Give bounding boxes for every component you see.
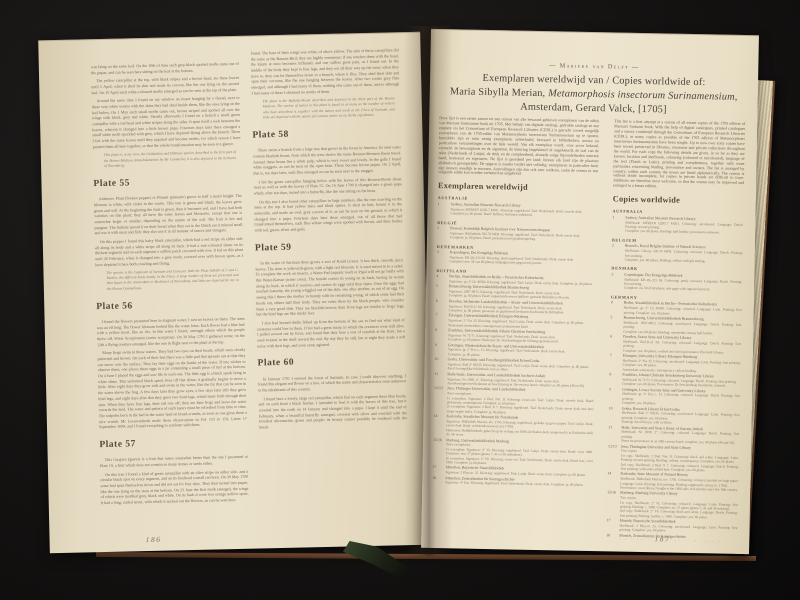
entry-number: 11 — [434, 372, 444, 386]
census-entry: 7Erlangen, University Library Erlangen-N… — [609, 353, 740, 374]
census-intro: This list is a first attempt at a census… — [613, 119, 745, 191]
entry-number: 9 — [435, 343, 445, 357]
plate-heading: Plate 58 — [252, 126, 400, 143]
essay-title: Exemplaren wereldwijd van / Copies world… — [437, 71, 750, 118]
commentary-paragraph: In the water of Surinam there grows a so… — [255, 257, 404, 317]
entry-body: Kopenhagen, Det Kongelige BibliotekSigna… — [450, 250, 597, 266]
byline-dash-right: — — [632, 64, 640, 71]
census-intro: Deze lijst is een eerste aanzet tot een … — [438, 116, 599, 178]
entry-body: Göttingen, Lower Saxony State and Univer… — [622, 387, 740, 407]
book-bottom-edge — [96, 552, 756, 561]
census-section-heading: Exemplaren wereldwijd — [438, 182, 598, 194]
essay-title-work: Metamorphosis insectorum Surinamensium — [548, 88, 735, 103]
left-page: was lying on the same leaf. On the 10th … — [38, 32, 432, 554]
entry-body: Halle, University and State Library of S… — [621, 425, 739, 445]
census-entry: 18München, Zentralinstitut für Kunstgesc… — [432, 476, 592, 488]
census-entry: 9Göttingen, Lower Saxony State and Unive… — [609, 387, 740, 408]
commentary-paragraph: I also had horned shells fished up from … — [257, 317, 406, 349]
census-entry: 10Gotha, Research Library Erfurt/GothaSh… — [608, 406, 739, 427]
plate-heading: Plate 55 — [93, 175, 241, 192]
entry-body: Brussels, Royal Belgian Institute of Nat… — [625, 244, 743, 264]
commentary-paragraph: Around the same time I found on my windo… — [92, 95, 241, 149]
entry-body: Frankfurt, Universitätsbibliothek Johann… — [448, 328, 595, 344]
entry-body: Gotha, Universitäts- und Forschungsbibli… — [447, 357, 594, 373]
open-book: was lying on the same leaf. On the 10th … — [38, 22, 762, 570]
entry-number: 1 — [437, 202, 447, 216]
entry-body: Frankfurt, Johann Christian Senckenberg … — [622, 373, 740, 389]
entry-body: Sydney, Australian Museum Research Libra… — [625, 216, 743, 236]
entry-number: 4 — [611, 301, 621, 315]
entry-body: Copenhagen, Det Kongelige BibliotekShelf… — [624, 273, 742, 293]
entry-body: Dresden, Sächsische Landesbibliothek – S… — [449, 299, 596, 315]
ribbon-bookmark — [343, 541, 409, 577]
entry-body: Sydney, Australian Museum Research Libra… — [450, 202, 597, 218]
commentary-paragraph: I fed the green caterpillar hanging belo… — [253, 176, 401, 196]
entry-body: Berlin, Staatsbibliothek zu Berlin – Pre… — [624, 301, 742, 317]
entry-number: 2 — [612, 244, 622, 262]
plate-heading: Plate 60 — [257, 354, 405, 371]
commentary-paragraph: found. The base of their wings was white… — [251, 47, 400, 96]
entry-number: 2 — [437, 226, 447, 240]
entry-number: 11 — [608, 425, 618, 443]
commentary-paragraph: In January 1701 I entered the forest of … — [258, 373, 406, 393]
entry-number: 9 — [609, 387, 619, 405]
commentary-paragraph: I found the flowers presented here in st… — [97, 316, 246, 348]
entry-number: 3 — [611, 272, 621, 290]
entry-number: 12/13 — [608, 444, 619, 471]
entry-number: 6 — [436, 299, 446, 313]
entry-number: 10 — [434, 357, 444, 371]
census-entry: 14Karlsruhe, State Museum of Natural His… — [607, 472, 738, 493]
commentary-paragraph: This Guajave (guava) is a fruit that tas… — [100, 454, 248, 469]
commentary-paragraph: There stems a branch from a large tree t… — [253, 144, 402, 176]
entry-number: 1 — [612, 215, 622, 233]
entry-detail: Complete: no, 58 of 60 plates; title pag… — [624, 286, 742, 293]
commentary-note: The species is the Capsicum of Surinam a… — [106, 268, 238, 291]
entry-body: Jena, Thüringer Universitäts- und Landes… — [447, 387, 594, 417]
commentary-note: The plant is the Bakkelje-Boom described… — [263, 97, 395, 120]
photo-background: was lying on the same leaf. On the 10th … — [0, 0, 800, 600]
census-entry: 15/16Marburg, Universitätsbibliothek Mar… — [433, 438, 593, 468]
census-entry: 15/16Marburg, Marburg University Library… — [607, 491, 738, 520]
plate-heading: Plate 59 — [255, 239, 403, 256]
entry-number: 8 — [609, 372, 619, 386]
plate-heading: Plate 56 — [96, 297, 244, 314]
entry-body: Gotha, Research Library Erfurt/GothaShel… — [621, 406, 739, 426]
entry-number: 7 — [435, 314, 445, 328]
entry-number: 15/16 — [433, 438, 444, 465]
census-entry: 6Dresden, Saxon State and University Lib… — [610, 334, 741, 355]
entry-body: Karlsruhe, State Museum of Natural Histo… — [620, 472, 738, 492]
entry-number: 5 — [436, 284, 446, 298]
entry-body: München, Zentralinstitut für Kunstgeschi… — [445, 476, 592, 488]
entry-body: Halle/Saale, Universitäts- und Landesbib… — [447, 372, 594, 388]
byline-text: Marieke van Delft — [560, 62, 629, 70]
census-column-english: This list is a first attempt at a census… — [606, 119, 745, 541]
census-entry: 5Braunschweig, Universitätsbibliothek Br… — [610, 315, 741, 336]
entry-body: Munich, Bayerische StaatsbibliothekShelf… — [619, 519, 737, 535]
commentary-paragraph: was lying on the same leaf. On the 10th … — [91, 61, 239, 76]
commentary-paragraph: I found here a lovely, large red caterpi… — [258, 393, 407, 430]
entry-number: 17 — [606, 519, 616, 533]
entry-number: 14 — [433, 414, 443, 437]
commentary-paragraph: On this tree I also found other caterpil… — [254, 196, 403, 233]
entry-number: 3 — [437, 250, 447, 264]
right-page: — Marieke van Delft — Exemplaren wereldw… — [421, 29, 759, 554]
entry-body: Göttingen, Niedersächsische Staats- und … — [448, 343, 595, 359]
entry-body: Brussel, Koninklijk Belgisch Instituut v… — [450, 226, 597, 242]
entry-number: 6 — [610, 334, 620, 352]
page-number-right: 187 — [627, 534, 697, 544]
entry-number: 8 — [435, 328, 445, 342]
entry-number: 7 — [609, 353, 619, 371]
entry-body: Braunschweig, Universitätsbibliothek Bra… — [623, 316, 741, 336]
left-page-column-2: found. The base of their wings was white… — [251, 47, 410, 530]
commentary-paragraph: Many frogs swim in these waters. They ha… — [97, 347, 247, 430]
census-column-dutch: Deze lijst is een eerste aanzet tot een … — [431, 116, 599, 539]
commentary-paragraph: On this pepper I found this hairy black … — [95, 236, 244, 268]
entry-body: Dresden, Saxon State and University Libr… — [623, 335, 741, 355]
entry-body: Erlangen, Universitätsbibliothek Erlange… — [448, 314, 595, 330]
entry-body: Marburg, Marburg University LibraryTwo c… — [620, 491, 738, 520]
entry-number: 4 — [436, 274, 446, 283]
census-entry: 17Munich, Bayerische StaatsbibliothekShe… — [606, 519, 737, 535]
commentary-paragraph: Anbesoro Plant (broken pepper) or Piment… — [94, 193, 243, 236]
entry-number: 5 — [610, 315, 620, 333]
entry-number: 15/16 — [607, 491, 618, 518]
entry-number: 14 — [607, 472, 617, 490]
entry-body: Erlangen, University Library Erlangen-Nü… — [622, 354, 740, 374]
left-page-column-1: was lying on the same leaf. On the 10th … — [91, 61, 250, 534]
census-entry: 12/13Jena, Thüringer Universitäts- und L… — [434, 386, 594, 416]
entry-number: 18 — [606, 533, 616, 542]
commentary-note: This plant is, in my view, the Guilandin… — [104, 150, 236, 168]
entry-number: 18 — [432, 476, 442, 485]
census-entry: 14Karlsruhe, Staatliches Museum für Natu… — [433, 414, 593, 439]
census-entry: 2Brussel, Koninklijk Belgisch Instituut … — [437, 226, 597, 243]
plate-heading: Plate 57 — [99, 436, 247, 453]
census-entry: 3Copenhagen, Det Kongelige BibliotekShel… — [611, 272, 742, 293]
census-entry: 12/13Jena, Thuringian University and Sta… — [608, 444, 739, 473]
census-entry: 1Sydney, Australian Museum Research Libr… — [437, 202, 597, 219]
byline-dash-left: — — [549, 62, 557, 69]
census-entry: 4Berlin, Staatsbibliothek zu Berlin – Pr… — [611, 301, 742, 317]
entry-body: Braunschweig, Universitätsbibliothek Bra… — [449, 285, 596, 301]
census-entry: 2Brussels, Royal Belgian Institute of Na… — [612, 244, 743, 265]
census-entry: 3Kopenhagen, Det Kongelige BibliotekSign… — [437, 250, 597, 267]
entry-number: 12/13 — [434, 386, 445, 413]
entry-body: Marburg, Universitätsbibliothek MarburgT… — [446, 438, 593, 468]
page-number-left: 186 — [113, 534, 193, 545]
entry-body: Karlsruhe, Staatliches Museum für Naturk… — [446, 414, 593, 439]
entry-body: Jena, Thuringian University and State Li… — [621, 444, 739, 473]
census-entry: 11Halle, University and State Library of… — [608, 425, 739, 446]
entry-detail: Complete: yes, 60 plates. Binding: half … — [625, 229, 743, 236]
entry-detail: Complete: yes, 60 plates. Binding: vellu… — [625, 258, 743, 265]
census-entry: 8Frankfurt, Johann Christian Senckenberg… — [609, 372, 740, 388]
census-section-heading: Copies worldwide — [613, 195, 744, 207]
commentary-paragraph: The yellow caterpillar at the top, with … — [91, 75, 239, 95]
census-entry: 1Sydney, Australian Museum Research Libr… — [612, 215, 743, 236]
entry-number: 17 — [432, 465, 442, 474]
commentary-paragraph: On this tree I found a kind of green cat… — [100, 468, 249, 505]
entry-number: 10 — [608, 406, 618, 424]
